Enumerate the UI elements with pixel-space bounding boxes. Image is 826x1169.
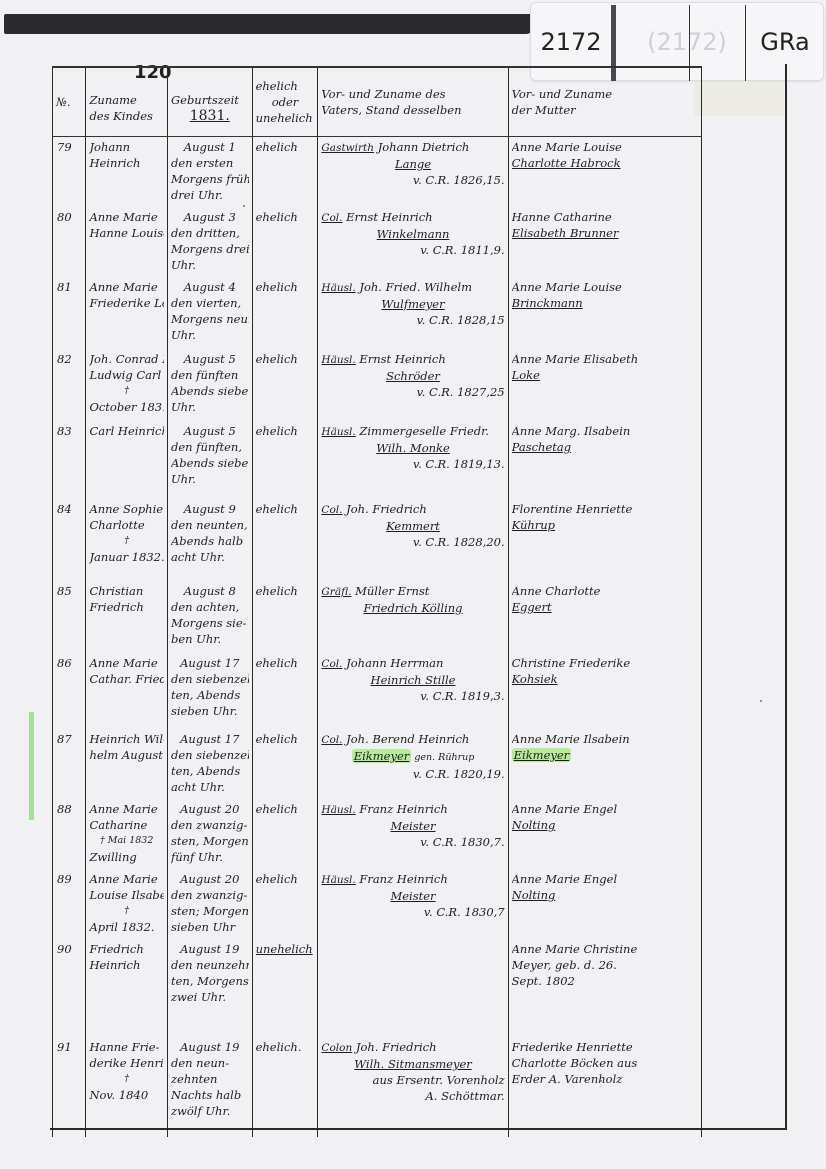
text-line: v. C.R. 1830,7. [321,834,504,850]
table-row: 82Joh. Conrad ErnstLudwig Carl†October 1… [53,349,702,421]
legitimacy-cell: ehelich [252,581,318,653]
text-line: Lange [321,156,504,172]
father-given-names: Joh. Friedrich [346,502,427,516]
text-line: Wulfmeyer [321,296,504,312]
birth-time-cell: August 1den erstenMorgens frühdrei Uhr. [167,137,252,208]
father-given-names: Franz Heinrich [359,872,447,886]
text-line: v. C.R. 1830,7 [321,904,504,920]
entry-number: 86 [53,653,86,729]
child-name-cell: Anne MarieHanne Louise [86,207,168,277]
text-line: fünf Uhr. [171,849,249,865]
text-line: sten, Morgens [171,833,249,849]
child-name-cell: Hanne Frie-derike Henriette†Nov. 1840 [86,1037,168,1137]
entry-number: 88 [53,799,86,869]
text-line: den siebenzehn- [171,671,249,687]
child-name-cell: Anne MarieCatharine† Mai 1832Zwilling [86,799,168,869]
text-line: Anne Marie Ilsabein [512,731,698,747]
father-cell: Häusl. Franz HeinrichMeisterv. C.R. 1830… [318,799,508,869]
text-line: Eikmeyer [512,747,698,763]
father-surname: Eikmeyer gen. Rührup [321,748,504,766]
child-name-cell: Heinrich Wil-helm August [86,729,168,799]
father-line: Colon Joh. Friedrich [321,1039,504,1056]
highlight-margin-mark [29,712,34,820]
text-line: Friedrich Kölling [321,600,504,616]
legitimacy-cell: ehelich [252,653,318,729]
text-line: Anne Sophie [89,501,164,517]
text-line: Charlotte [89,517,164,533]
text-line: Meister [321,888,504,904]
text-line: den dritten, [171,225,249,241]
text-line: drei Uhr. [171,187,249,203]
mother-cell: Anne Marie LouiseBrinckmann [508,277,701,349]
text-line: August 5 [171,351,249,367]
legitimacy-cell: ehelich [252,499,318,581]
text-line: Loke [512,367,698,383]
text-line: Friedrich [89,599,164,615]
text-line: Nolting [512,887,698,903]
mother-cell: Anne Marie IlsabeinEikmeyer [508,729,701,799]
text-line: ten, Abends [171,687,249,703]
father-line: Col. Johann Herrman [321,655,504,672]
header-child-name: Zuname des Kindes [86,67,168,137]
table-row: 83Carl HeinrichAugust 5den fünften,Abend… [53,421,702,499]
text-line: Meyer, geb. d. 26. [512,957,698,973]
text-line: † Mai 1832 [89,833,164,849]
adhesive-tape [694,82,784,116]
birth-time-cell: August 3den dritten,Morgens dreiUhr. [167,207,252,277]
legitimacy-cell: ehelich [252,277,318,349]
text-line: den zwanzig- [171,887,249,903]
father-line: Gräfl. Müller Ernst [321,583,504,600]
birth-time-cell: August 20den zwanzig-sten; Morgenssieben… [167,869,252,939]
text-line: sieben Uhr. [171,703,249,719]
text-line: ehelich [256,655,315,671]
text-line: Kohsiek [512,671,698,687]
text-line: Morgens sie- [171,615,249,631]
birth-time-cell: August 19den neun-zehntenNachts halbzwöl… [167,1037,252,1137]
mother-cell: Friederike HenrietteCharlotte Böcken aus… [508,1037,701,1137]
mother-cell: Florentine HenrietteKührup [508,499,701,581]
birth-time-cell: August 5den fünftenAbends siebenUhr. [167,349,252,421]
table-row: 88Anne MarieCatharine† Mai 1832ZwillingA… [53,799,702,869]
father-line: Col. Ernst Heinrich [321,209,504,226]
text-line: ehelich [256,351,315,367]
text-line: Anne Marie [89,871,164,887]
text-line: Uhr. [171,471,249,487]
text-line: Johann [89,139,164,155]
table-header-row: №. Zuname des Kindes Geburtszeit 1831. e… [53,67,702,137]
entry-number: 83 [53,421,86,499]
father-line: Häusl. Zimmergeselle Friedr. [321,423,504,440]
table-row: 85ChristianFriedrichAugust 8den achten,M… [53,581,702,653]
child-name-cell: Carl Heinrich [86,421,168,499]
text-line: Nolting [512,817,698,833]
mother-cell: Hanne CatharineElisabeth Brunner [508,207,701,277]
text-line: Joh. Conrad Ernst [89,351,164,367]
birth-time-cell: August 8den achten,Morgens sie-ben Uhr. [167,581,252,653]
text-line: Anne Marie [89,801,164,817]
father-line: Häusl. Ernst Heinrich [321,351,504,368]
text-line: acht Uhr. [171,549,249,565]
text-line: Ludwig Carl [89,367,164,383]
entry-number: 91 [53,1037,86,1137]
father-line: Häusl. Franz Heinrich [321,801,504,818]
text-line: Morgens früh [171,171,249,187]
child-name-cell: Joh. Conrad ErnstLudwig Carl†October 183… [86,349,168,421]
text-line: v. C.R. 1827,25 [321,384,504,400]
father-cell: Häusl. Ernst HeinrichSchröderv. C.R. 182… [318,349,508,421]
text-line: Meister [321,818,504,834]
father-line: Col. Joh. Friedrich [321,501,504,518]
table-row: 89Anne MarieLouise Ilsabein†April 1832.A… [53,869,702,939]
text-line: ehelich [256,583,315,599]
text-line: v. C.R. 1828,20. [321,534,504,550]
text-line: unehelich [256,941,315,957]
legitimacy-cell: ehelich [252,799,318,869]
entry-number: 82 [53,349,86,421]
text-line: Eggert [512,599,698,615]
legitimacy-cell: ehelich [252,729,318,799]
father-given-names: Johann Herrman [346,656,443,670]
highlighted-surname: Eikmeyer [352,749,412,763]
text-line: den ersten [171,155,249,171]
text-line: ehelich [256,423,315,439]
mother-cell: Anne CharlotteEggert [508,581,701,653]
occupation-prefix: Häusl. [321,426,355,438]
text-line: sten; Morgens [171,903,249,919]
legitimacy-cell: ehelich [252,349,318,421]
text-line: Schröder [321,368,504,384]
father-line: Gastwirth Johann Dietrich [321,139,504,156]
text-line: den neun- [171,1055,249,1071]
highlighted-surname: Eikmeyer [512,748,572,762]
text-line: Kührup [512,517,698,533]
text-line: Abends sieben [171,383,249,399]
text-line: v. C.R. 1826,15. [321,172,504,188]
text-line: Nov. 1840 [89,1087,164,1103]
text-line: zehnten [171,1071,249,1087]
legitimacy-cell: ehelich. [252,1037,318,1137]
father-line: Häusl. Franz Heinrich [321,871,504,888]
occupation-prefix: Col. [321,212,342,224]
birth-time-cell: August 17den siebenzehn-ten, Abendssiebe… [167,653,252,729]
occupation-prefix: Gräfl. [321,586,351,598]
text-line: ten, Morgens [171,973,249,989]
text-line: Elisabeth Brunner [512,225,698,241]
father-cell: Häusl. Zimmergeselle Friedr.Wilh. Monkev… [318,421,508,499]
text-line: † [89,903,164,919]
father-given-names: Johann Dietrich [378,140,470,154]
text-line: Paschetag [512,439,698,455]
text-line: Sept. 1802 [512,973,698,989]
text-line: Uhr. [171,399,249,415]
father-cell: Colon Joh. FriedrichWilh. Sitmansmeyerau… [318,1037,508,1137]
father-given-names: Müller Ernst [355,584,429,598]
text-line: Brinckmann [512,295,698,311]
mother-cell: Anne Marie EngelNolting [508,799,701,869]
occupation-prefix: Häusl. [321,354,355,366]
text-line: Heinrich [89,957,164,973]
text-line: Charlotte Böcken aus [512,1055,698,1071]
text-line: ehelich. [256,1039,315,1055]
birth-time-cell: August 9den neunten,Abends halbacht Uhr. [167,499,252,581]
header-legitimacy: ehelich oder unehelich [252,67,318,137]
child-name-cell: Anne MarieFriederike Louise [86,277,168,349]
father-given-names: Franz Heinrich [359,802,447,816]
legitimacy-cell: ehelich [252,137,318,208]
text-line: Anne Marie [89,209,164,225]
text-line: August 8 [171,583,249,599]
header-no: №. [53,67,86,137]
father-given-names: Joh. Fried. Wilhelm [359,280,472,294]
occupation-prefix: Häusl. [321,874,355,886]
occupation-prefix: Häusl. [321,282,355,294]
text-line: Uhr. [171,257,249,273]
text-line: † [89,1071,164,1087]
legitimacy-cell: ehelich [252,207,318,277]
entry-number: 80 [53,207,86,277]
entry-number: 89 [53,869,86,939]
mother-cell: Anne Marie EngelNolting [508,869,701,939]
scanner-edge-bar [4,14,534,34]
text-line: Wilh. Sitmansmeyer [321,1056,504,1072]
text-line: August 20 [171,871,249,887]
text-line: v. C.R. 1819,13. [321,456,504,472]
header-birth-time: Geburtszeit 1831. [167,67,252,137]
father-cell: Col. Joh. FriedrichKemmertv. C.R. 1828,2… [318,499,508,581]
text-line: den neunzehn- [171,957,249,973]
occupation-prefix: Col. [321,734,342,746]
text-line: Hanne Frie- [89,1039,164,1055]
legitimacy-cell: unehelich [252,939,318,1037]
text-line: Heinrich Stille [321,672,504,688]
text-line: den vierten, [171,295,249,311]
text-line: Anne Marie Christine [512,941,698,957]
birth-time-cell: August 20den zwanzig-sten, Morgensfünf U… [167,799,252,869]
birth-time-cell: August 4den vierten,Morgens neunUhr. [167,277,252,349]
text-line: Carl Heinrich [89,423,164,439]
text-line: den siebenzehn- [171,747,249,763]
text-line: aus Ersentr. Vorenholz [321,1072,504,1088]
text-line: sieben Uhr [171,919,249,935]
text-line: Abends halb [171,533,249,549]
father-cell: Col. Johann HerrmanHeinrich Stillev. C.R… [318,653,508,729]
text-line: Hanne Catharine [512,209,698,225]
father-given-names: Joh. Friedrich [356,1040,437,1054]
entry-number: 87 [53,729,86,799]
mother-cell: Anne Marg. IlsabeinPaschetag [508,421,701,499]
text-line: Erder A. Varenholz [512,1071,698,1087]
child-name-cell: Anne SophieCharlotte†Januar 1832. [86,499,168,581]
text-line: Kemmert [321,518,504,534]
text-line: ehelich [256,279,315,295]
entry-number: 81 [53,277,86,349]
child-name-cell: Anne MarieCathar. Friederike [86,653,168,729]
text-line: Winkelmann [321,226,504,242]
text-line: zwölf Uhr. [171,1103,249,1119]
text-line: Anne Marg. Ilsabein [512,423,698,439]
entry-number: 84 [53,499,86,581]
text-line: ehelich [256,801,315,817]
mother-cell: Anne Marie LouiseCharlotte Habrock [508,137,701,208]
father-cell: Gräfl. Müller ErnstFriedrich Kölling [318,581,508,653]
father-given-names: Ernst Heinrich [346,210,432,224]
text-line: Anne Marie Engel [512,801,698,817]
text-line: Morgens neun [171,311,249,327]
father-cell [318,939,508,1037]
text-line: ehelich [256,139,315,155]
text-line: v. C.R. 1819,3. [321,688,504,704]
father-cell: Häusl. Joh. Fried. WilhelmWulfmeyerv. C.… [318,277,508,349]
text-line: ehelich [256,871,315,887]
text-line: August 17 [171,655,249,671]
father-given-names: Ernst Heinrich [359,352,445,366]
child-name-cell: JohannHeinrich [86,137,168,208]
mother-cell: Anne Marie ChristineMeyer, geb. d. 26.Se… [508,939,701,1037]
text-line: Anne Marie Elisabeth [512,351,698,367]
text-line: v. C.R. 1820,19. [321,766,504,782]
table-row: 80Anne MarieHanne LouiseAugust 3den drit… [53,207,702,277]
text-line: Abends sieben [171,455,249,471]
text-line: Heinrich [89,155,164,171]
text-line: den fünften, [171,439,249,455]
entry-number: 79 [53,137,86,208]
text-line: Anne Marie [89,279,164,295]
header-father: Vor- und Zuname des Vaters, Stand dessel… [318,67,508,137]
text-line: den achten, [171,599,249,615]
text-line: Cathar. Friederike [89,671,164,687]
occupation-prefix: Gastwirth [321,142,374,154]
occupation-prefix: Häusl. [321,804,355,816]
text-line: August 4 [171,279,249,295]
text-line: ehelich [256,731,315,747]
text-line: April 1832. [89,919,164,935]
text-line: v. C.R. 1828,15 [321,312,504,328]
text-line: acht Uhr. [171,779,249,795]
birth-time-cell: August 5den fünften,Abends siebenUhr. [167,421,252,499]
text-line: August 17 [171,731,249,747]
father-cell: Gastwirth Johann DietrichLangev. C.R. 18… [318,137,508,208]
mother-cell: Anne Marie ElisabethLoke [508,349,701,421]
text-line: August 5 [171,423,249,439]
text-line: Florentine Henriette [512,501,698,517]
text-line: Friedrich [89,941,164,957]
occupation-prefix: Col. [321,504,342,516]
entry-number: 90 [53,939,86,1037]
father-line: Col. Joh. Berend Heinrich [321,731,504,748]
legitimacy-cell: ehelich [252,421,318,499]
child-name-cell: FriedrichHeinrich [86,939,168,1037]
text-line: derike Henriette [89,1055,164,1071]
text-line: den fünften [171,367,249,383]
baptism-register-table: №. Zuname des Kindes Geburtszeit 1831. e… [52,66,702,1137]
birth-time-cell: August 19den neunzehn-ten, Morgenszwei U… [167,939,252,1037]
text-line: Friederike Henriette [512,1039,698,1055]
text-line: Uhr. [171,327,249,343]
text-line: ehelich [256,209,315,225]
text-line: Nachts halb [171,1087,249,1103]
table-row: 84Anne SophieCharlotte†Januar 1832.Augus… [53,499,702,581]
occupation-prefix: Col. [321,658,342,670]
text-line: ehelich [256,501,315,517]
text-line: † [89,383,164,399]
text-line: August 9 [171,501,249,517]
text-line: Anne Marie Engel [512,871,698,887]
child-name-cell: Anne MarieLouise Ilsabein†April 1832. [86,869,168,939]
text-line: Zwilling [89,849,164,865]
text-line: A. Schöttmar. [321,1088,504,1104]
text-line: Christian [89,583,164,599]
table-row: 91Hanne Frie-derike Henriette†Nov. 1840A… [53,1037,702,1137]
table-row: 87Heinrich Wil-helm AugustAugust 17den s… [53,729,702,799]
text-line: August 3 [171,209,249,225]
father-given-names: Joh. Berend Heinrich [346,732,469,746]
father-cell: Col. Ernst HeinrichWinkelmannv. C.R. 181… [318,207,508,277]
text-line: v. C.R. 1811,9. [321,242,504,258]
text-line: Louise Ilsabein [89,887,164,903]
table-row: 79JohannHeinrichAugust 1den erstenMorgen… [53,137,702,208]
birth-time-cell: August 17den siebenzehn-ten, Abendsacht … [167,729,252,799]
text-line: October 1831. [89,399,164,415]
surname-alias: gen. Rührup [411,752,474,763]
text-line: den zwanzig- [171,817,249,833]
text-line: Christine Friederike [512,655,698,671]
child-name-cell: ChristianFriedrich [86,581,168,653]
text-line: August 20 [171,801,249,817]
mother-cell: Christine FriederikeKohsiek [508,653,701,729]
text-line: Anne Marie Louise [512,279,698,295]
text-line: Anne Marie Louise [512,139,698,155]
father-cell: Col. Joh. Berend HeinrichEikmeyer gen. R… [318,729,508,799]
entry-number: 85 [53,581,86,653]
text-line: August 19 [171,1039,249,1055]
text-line: den neunten, [171,517,249,533]
text-line: Catharine [89,817,164,833]
father-line: Häusl. Joh. Fried. Wilhelm [321,279,504,296]
text-line: Heinrich Wil- [89,731,164,747]
text-line: ten, Abends [171,763,249,779]
father-given-names: Zimmergeselle Friedr. [359,424,489,438]
text-line: Wilh. Monke [321,440,504,456]
legitimacy-cell: ehelich [252,869,318,939]
father-cell: Häusl. Franz HeinrichMeisterv. C.R. 1830… [318,869,508,939]
text-line: Hanne Louise [89,225,164,241]
text-line: Charlotte Habrock [512,155,698,171]
table-row: 81Anne MarieFriederike LouiseAugust 4den… [53,277,702,349]
occupation-prefix: Colon [321,1042,352,1054]
text-line: helm August [89,747,164,763]
table-row: 86Anne MarieCathar. FriederikeAugust 17d… [53,653,702,729]
text-line: August 19 [171,941,249,957]
text-line: Januar 1832. [89,549,164,565]
header-mother: Vor- und Zuname der Mutter [508,67,701,137]
text-line: zwei Uhr. [171,989,249,1005]
text-line: † [89,533,164,549]
text-line: Friederike Louise [89,295,164,311]
text-line: Anne Charlotte [512,583,698,599]
table-row: 90FriedrichHeinrichAugust 19den neunzehn… [53,939,702,1037]
text-line: Anne Marie [89,655,164,671]
text-line: ben Uhr. [171,631,249,647]
text-line: August 1 [171,139,249,155]
text-line: Morgens drei [171,241,249,257]
